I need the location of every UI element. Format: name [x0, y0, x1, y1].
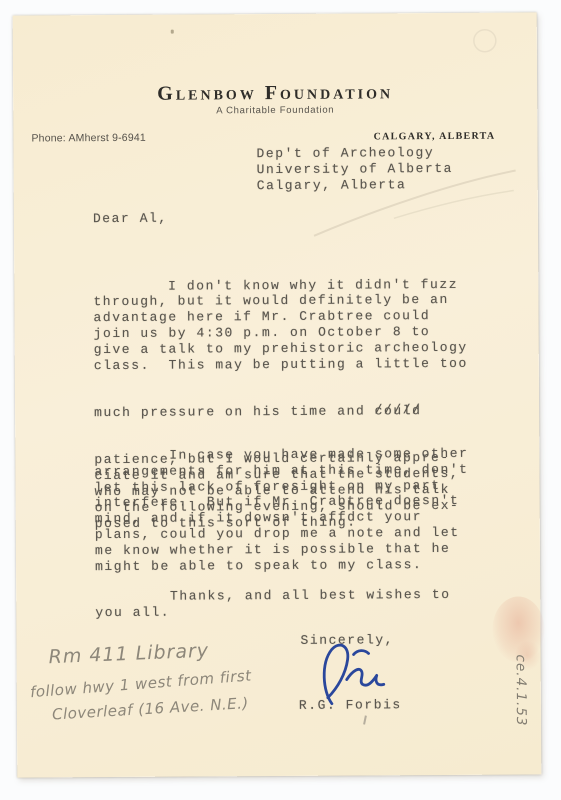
paragraph-1-lines-1-6: I don't know why it didn't fuzz through,…: [93, 276, 468, 373]
paper-speck: [171, 30, 174, 34]
pencil-tick: [363, 715, 366, 724]
pencil-note-directions-2: Cloverleaf (16 Ave. N.E.): [52, 694, 250, 723]
body-paragraph-3: Thanks, and all best wishes to you all.: [95, 587, 451, 621]
paragraph-1-line-7: much pressure on his time and could/////: [94, 403, 468, 421]
line-7-prefix: much pressure on his time and: [94, 403, 375, 420]
struck-word: could/////: [375, 403, 422, 419]
letterhead-phone: Phone: AMherst 9-6941: [31, 132, 146, 145]
letterhead-title: Glenbow Foundation: [13, 80, 537, 106]
scanned-letter-page: Glenbow Foundation A Charitable Foundati…: [0, 0, 561, 800]
letter-paper: Glenbow Foundation A Charitable Foundati…: [13, 12, 542, 777]
strikeout-slashes: /////: [375, 402, 422, 418]
salutation: Dear Al,: [93, 211, 168, 227]
body-paragraph-2: In case you have made some other arrange…: [94, 446, 469, 575]
catalog-number: ce.4.1.53: [513, 644, 530, 736]
typed-signature-name: R.G. Forbis: [299, 697, 402, 713]
recipient-address: Dep't of Archeology University of Albert…: [256, 145, 453, 194]
letterhead-subtitle: A Charitable Foundation: [13, 103, 537, 117]
pencil-note-room: Rm 411 Library: [48, 640, 209, 669]
letterhead-city: CALGARY, ALBERTA: [374, 131, 496, 143]
